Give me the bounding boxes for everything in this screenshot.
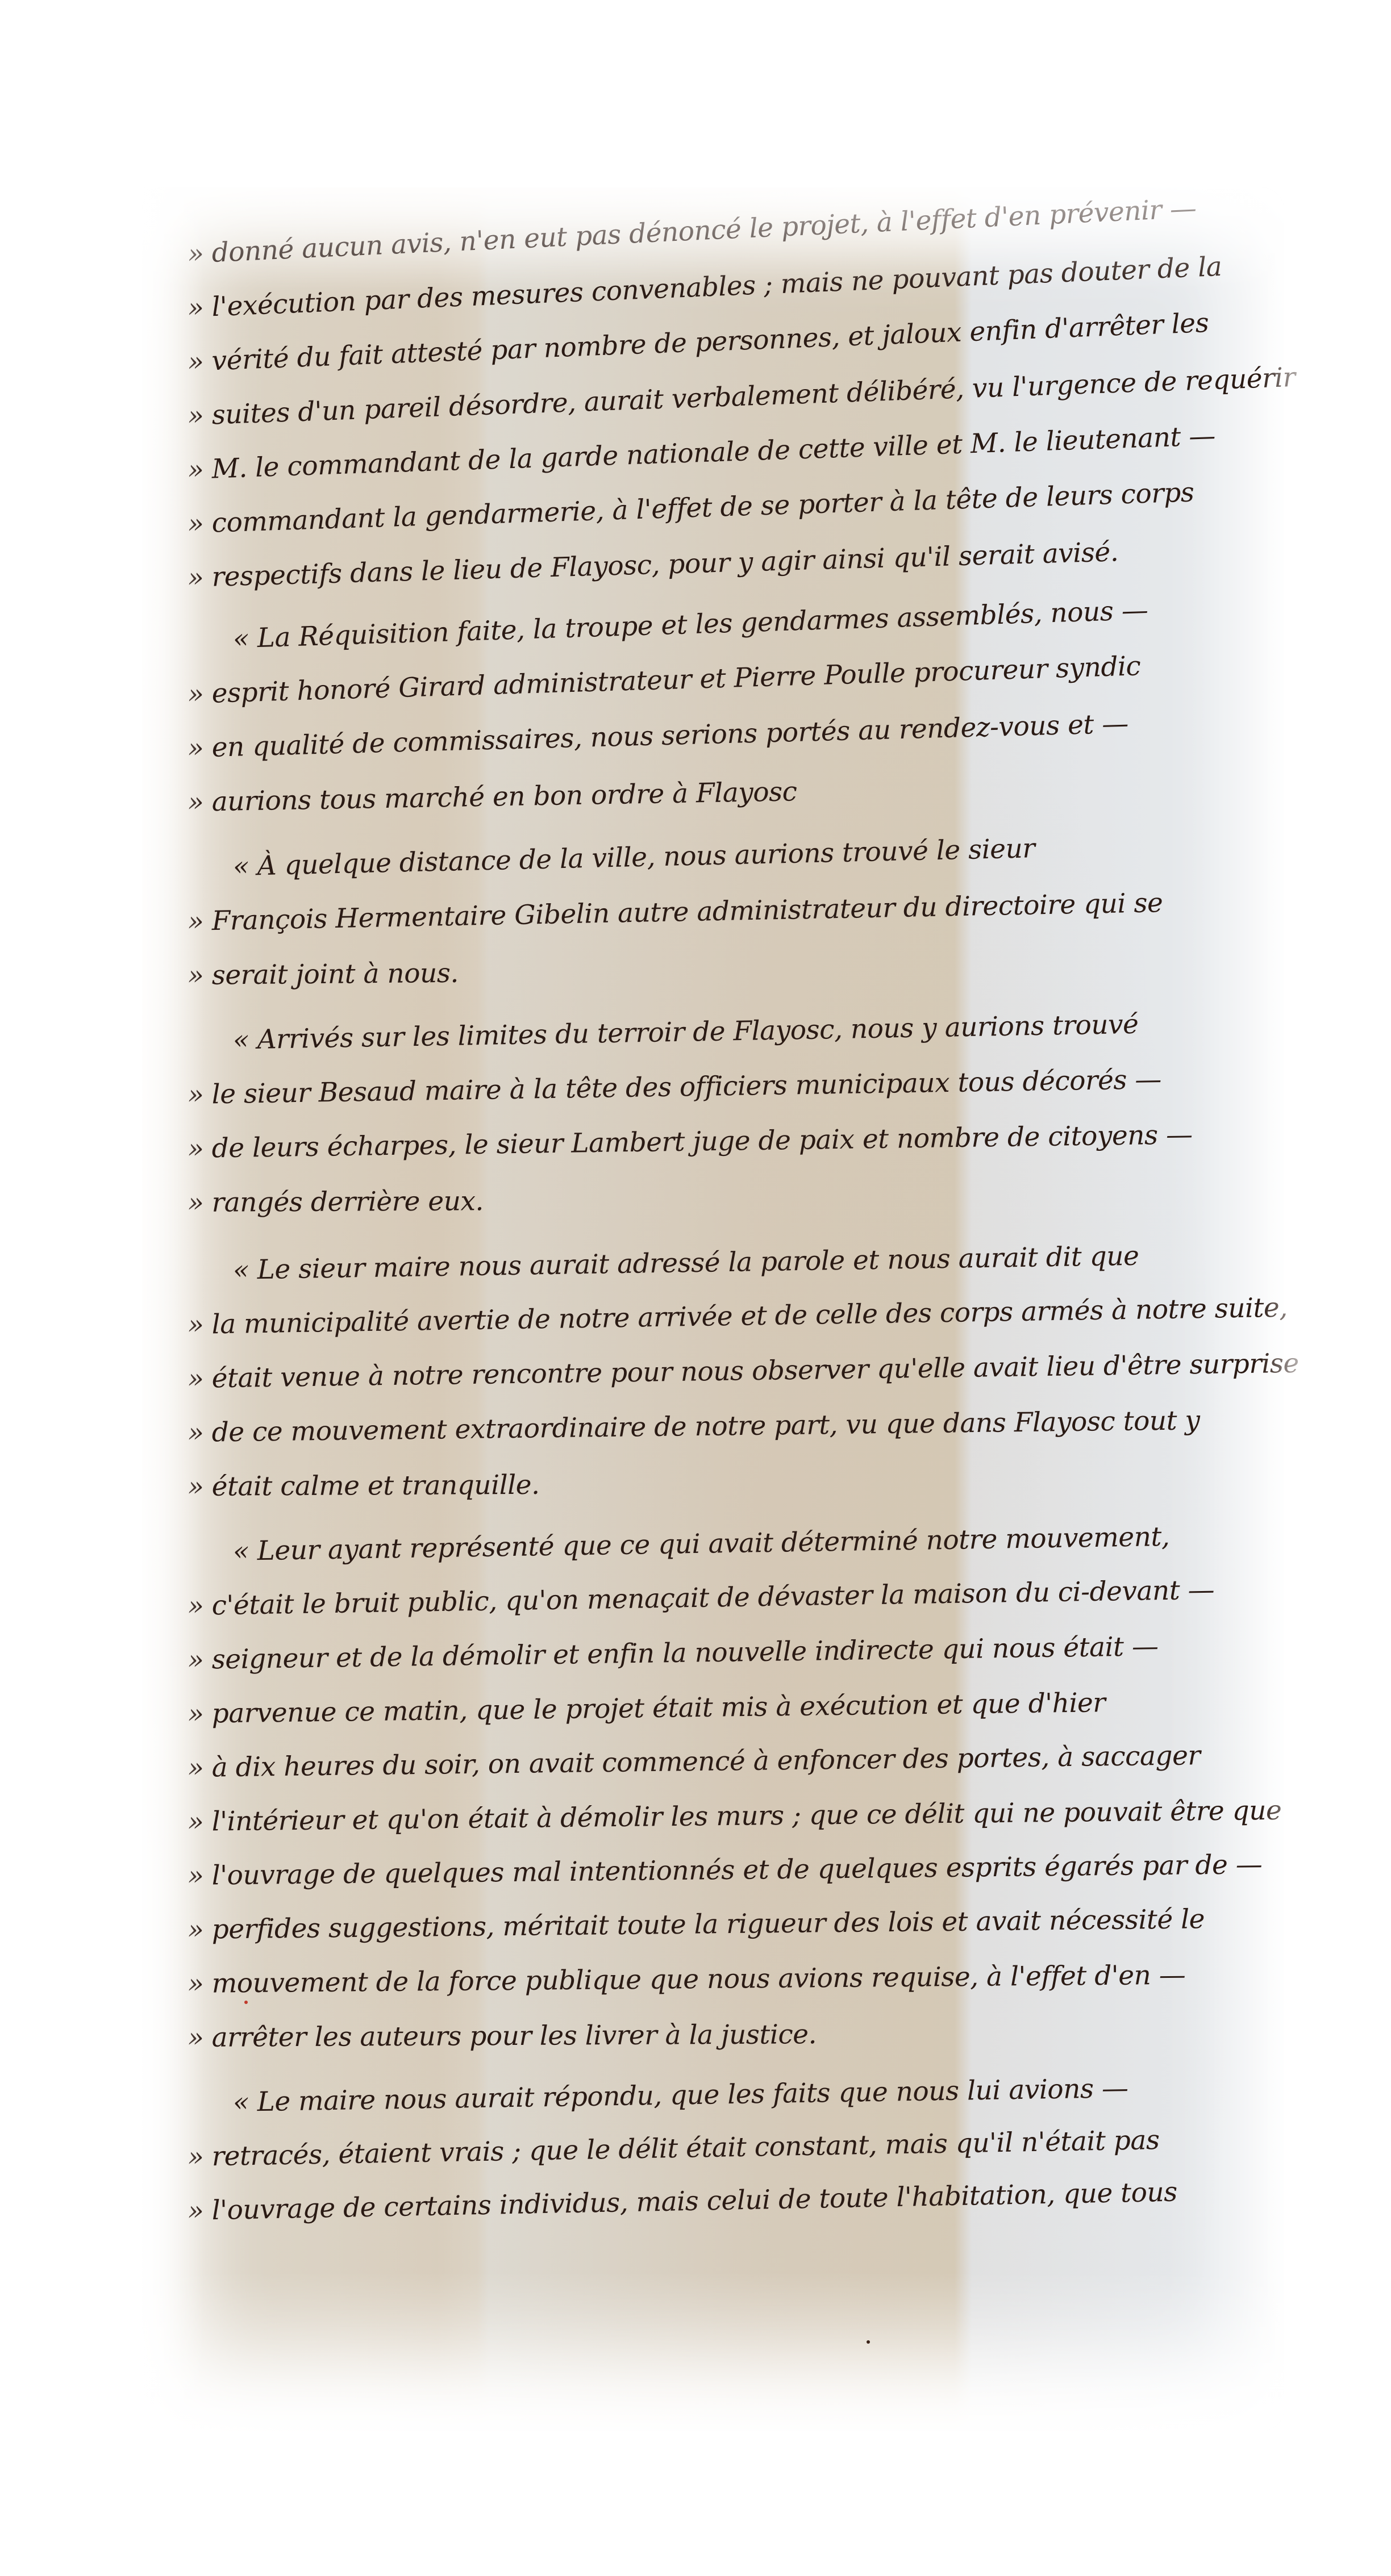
manuscript-line: » était calme et tranquille. (188, 1469, 540, 1502)
vignette-bottom (0, 2272, 1391, 2499)
manuscript-line: » arrêter les auteurs pour les livrer à … (188, 2019, 817, 2053)
vignette-left (0, 0, 205, 2576)
vignette-right (1260, 0, 1391, 2576)
manuscript-line: » serait joint à nous. (188, 958, 459, 991)
vignette-top (0, 142, 1391, 290)
red-ink-spot (244, 2001, 248, 2004)
ink-blot (867, 2340, 870, 2344)
manuscript-line: » rangés derrière eux. (188, 1185, 484, 1218)
